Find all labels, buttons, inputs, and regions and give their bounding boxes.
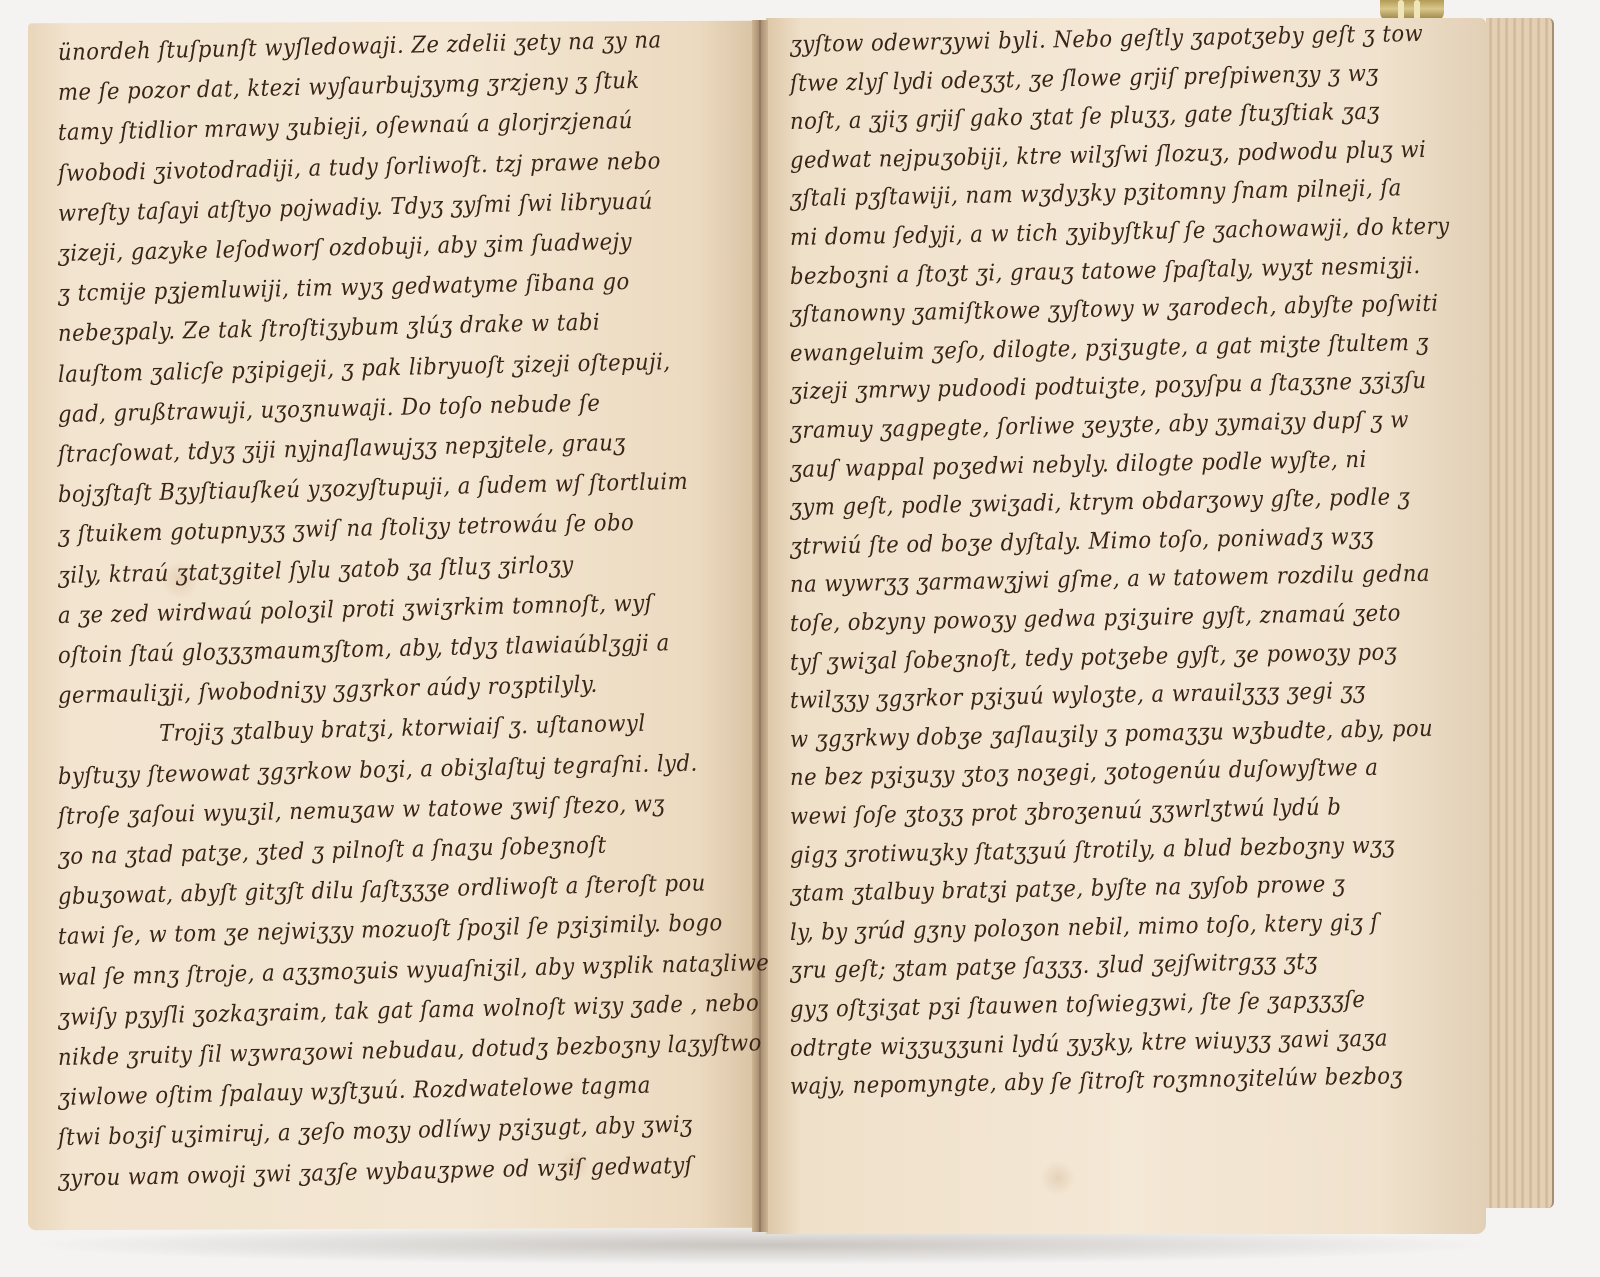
manuscript-photo: ünordeh ſtuſpunſt wyſledowaji. Ze zdelii… [0, 0, 1600, 1277]
page-block-edges [1486, 18, 1554, 1208]
paper-stain [1040, 1160, 1076, 1196]
